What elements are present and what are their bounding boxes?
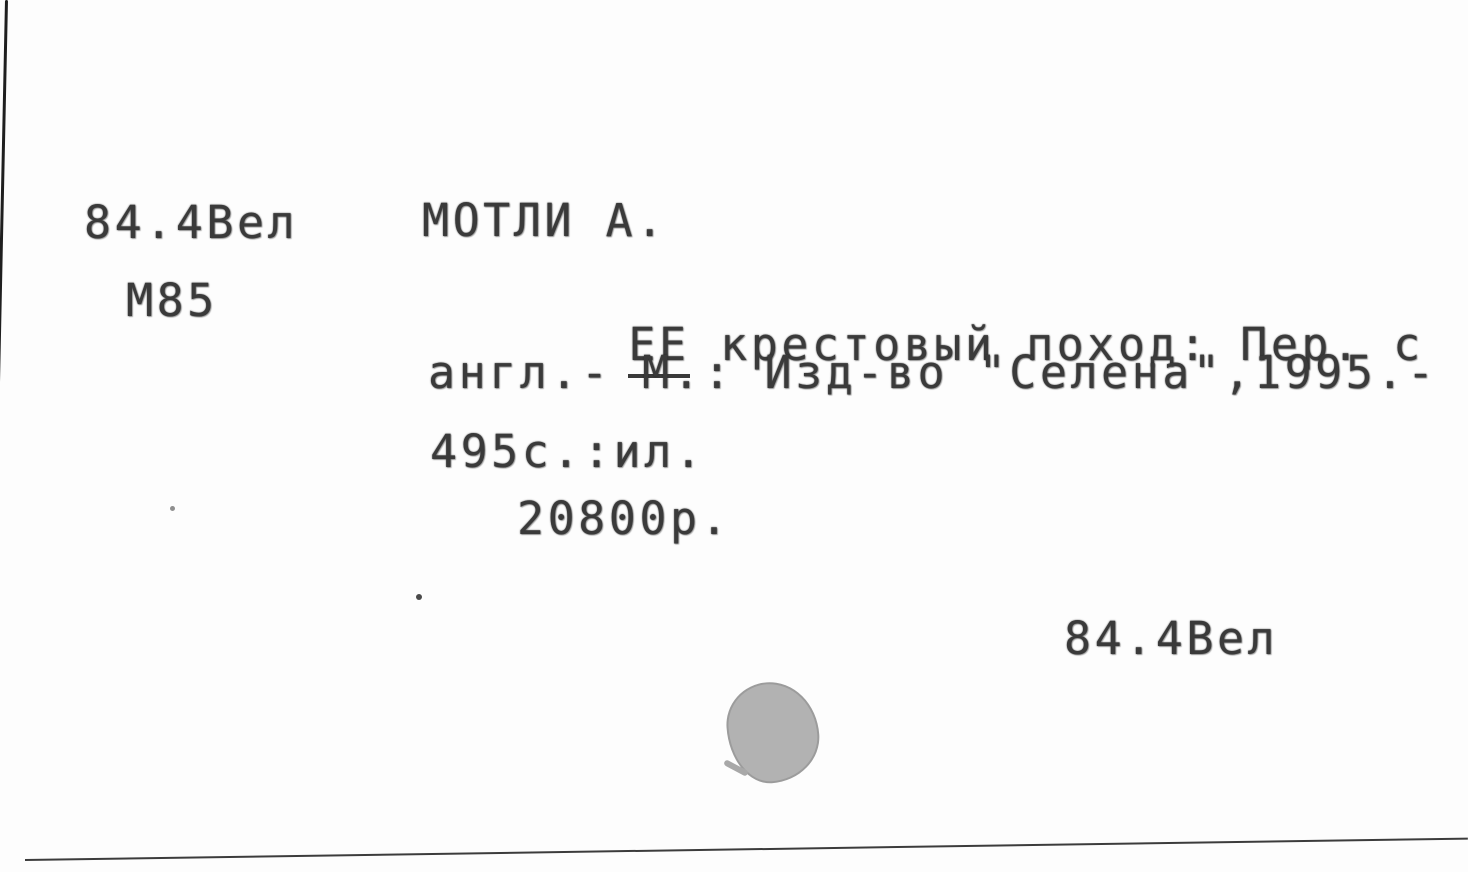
title-line-3-collation: 495с.:ил. bbox=[430, 429, 705, 474]
price: 20800р. bbox=[517, 496, 731, 541]
card-left-edge-line bbox=[0, 0, 8, 857]
card-bottom-edge-line bbox=[25, 838, 1468, 861]
author-heading: МОТЛИ А. bbox=[422, 198, 667, 243]
classification-code-top: 84.4Вел bbox=[84, 200, 298, 245]
scan-speck bbox=[416, 594, 422, 600]
classification-code-bottom: 84.4Вел bbox=[1064, 616, 1278, 661]
title-line-2-imprint: англ.- М.: Изд-во "Селена",1995.- bbox=[428, 350, 1438, 395]
scan-speck bbox=[170, 506, 175, 511]
author-sign-code: М85 bbox=[126, 278, 218, 323]
catalog-card-scan: 84.4Вел М85 МОТЛИ А. ЕЕ крестовый поход:… bbox=[0, 0, 1468, 872]
